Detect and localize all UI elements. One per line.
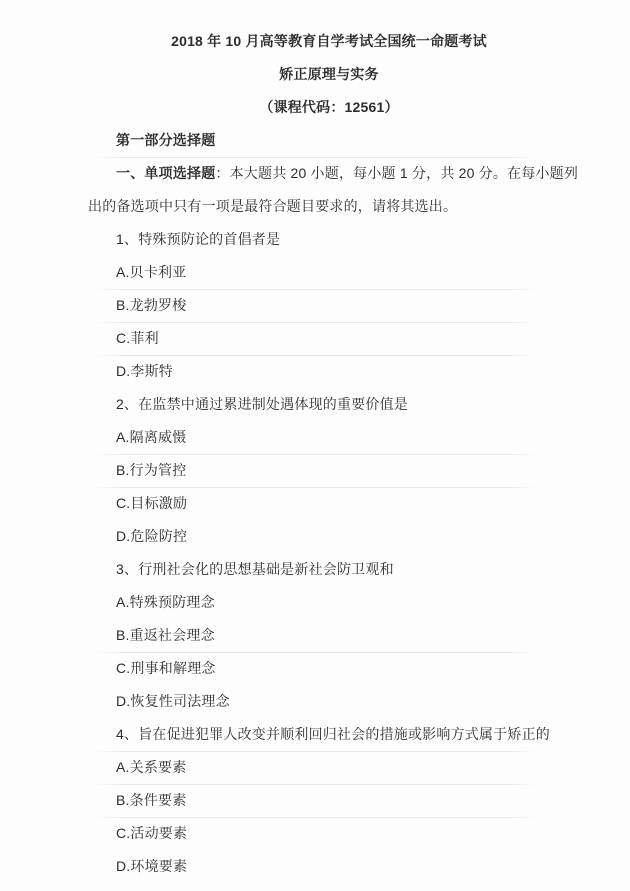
option-item: D.恢复性司法理念 — [88, 685, 542, 718]
question-stem: 2、在监禁中通过累进制处遇体现的重要价值是 — [88, 388, 542, 421]
instruction-text-rest: ：本大题共 20 小题，每小题 1 分，共 20 分。在每小题列 — [215, 165, 578, 181]
option-item: D.环境要素 — [88, 850, 542, 883]
option-item: C.活动要素 — [88, 817, 542, 850]
instruction-heading: 一、单项选择题 — [116, 165, 215, 181]
option-item: B.行为管控 — [88, 454, 542, 487]
question-number: 4、 — [116, 726, 138, 742]
exam-title: 2018 年 10 月高等教育自学考试全国统一命题考试 — [88, 25, 542, 58]
question-number: 3、 — [116, 561, 138, 577]
question-text: 旨在促进犯罪人改变并顺利回归社会的措施或影响方式属于矫正的 — [138, 726, 550, 742]
option-item: A.关系要素 — [88, 751, 542, 784]
option-item: A.隔离威慑 — [88, 421, 542, 454]
option-item: B.条件要素 — [88, 784, 542, 817]
option-item: C.菲利 — [88, 322, 542, 355]
question-stem: 1、特殊预防论的首倡者是 — [88, 223, 542, 256]
instruction-line-2: 出的备选项中只有一项是最符合题目要求的，请将其选出。 — [88, 190, 542, 223]
option-item: C.目标激励 — [88, 487, 542, 520]
question-stem: 4、旨在促进犯罪人改变并顺利回归社会的措施或影响方式属于矫正的 — [88, 718, 542, 751]
course-code: （课程代码：12561） — [88, 91, 542, 124]
option-item: D.李斯特 — [88, 355, 542, 388]
question-text: 在监禁中通过累进制处遇体现的重要价值是 — [138, 396, 408, 412]
question-text: 特殊预防论的首倡者是 — [138, 231, 280, 247]
option-item: B.龙勃罗梭 — [88, 289, 542, 322]
question-number: 2、 — [116, 396, 138, 412]
part-heading: 第一部分选择题 — [88, 124, 542, 157]
exam-page: { "colors": { "background": "#fdfdfd", "… — [0, 0, 630, 891]
option-item: A.特殊预防理念 — [88, 586, 542, 619]
instruction-line-1: 一、单项选择题：本大题共 20 小题，每小题 1 分，共 20 分。在每小题列 — [88, 157, 542, 190]
exam-document: 2018 年 10 月高等教育自学考试全国统一命题考试 矫正原理与实务 （课程代… — [0, 0, 630, 883]
option-item: A.贝卡利亚 — [88, 256, 542, 289]
option-item: C.刑事和解理念 — [88, 652, 542, 685]
question-text: 行刑社会化的思想基础是新社会防卫观和 — [138, 561, 394, 577]
question-number: 1、 — [116, 231, 138, 247]
option-item: D.危险防控 — [88, 520, 542, 553]
option-item: B.重返社会理念 — [88, 619, 542, 652]
question-stem: 3、行刑社会化的思想基础是新社会防卫观和 — [88, 553, 542, 586]
exam-subject: 矫正原理与实务 — [88, 58, 542, 91]
